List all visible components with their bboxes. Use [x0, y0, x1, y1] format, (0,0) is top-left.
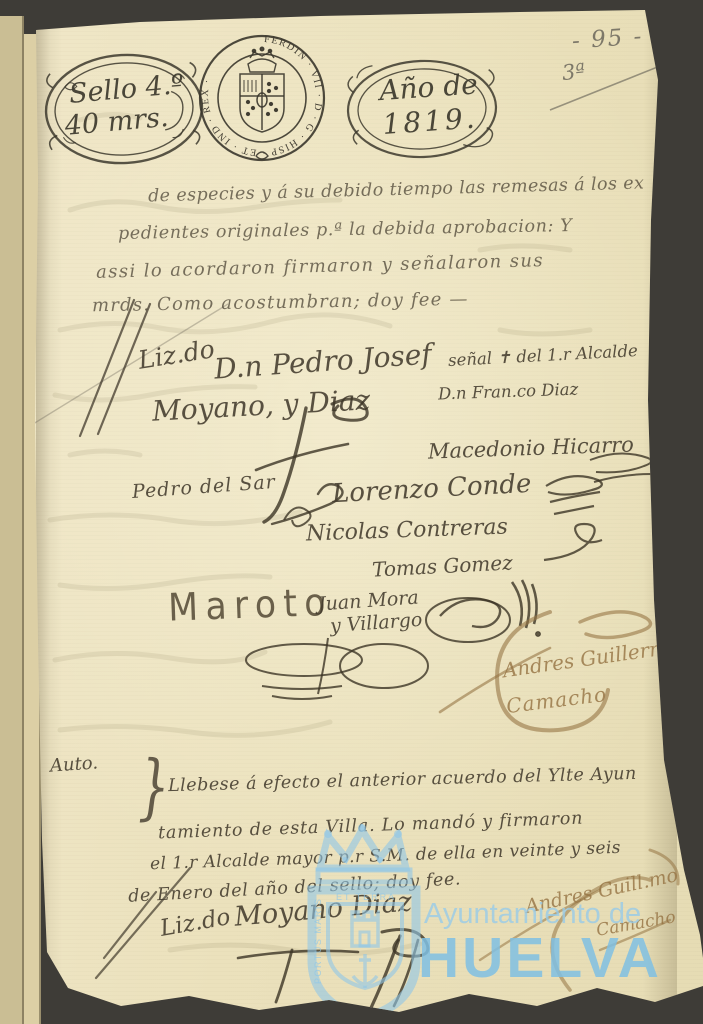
paragraph-brace: }	[138, 751, 170, 822]
manuscript-page: Sello 4.º 40 mrs. FERDIN · VII · D · G ·…	[0, 0, 703, 1024]
pencil-stroke	[548, 54, 668, 114]
royal-seal: FERDIN · VII · D · G · HISP · ET · IND ·…	[198, 28, 326, 168]
shield-motto-top: ET TERRA	[336, 892, 396, 902]
year-stamp: Año de 1819.	[342, 53, 502, 164]
royal-coat-of-arms: FERDIN · VII · D · G · HISP · ET · IND ·…	[198, 28, 326, 168]
watermark-text-line2: HUELVA	[418, 930, 662, 987]
rubric-flourish	[232, 634, 432, 704]
pencil-page-number: - 95 -	[571, 26, 644, 54]
year-text-line2: 1819.	[382, 104, 479, 139]
year-text-line1: Año de	[378, 70, 478, 105]
archive-watermark: ET TERRA PORTUS MARIS Ayuntamiento de HU…	[290, 824, 690, 1024]
tax-stamp-sello: Sello 4.º 40 mrs.	[39, 46, 209, 172]
signature-maroto-block: Maroto	[167, 583, 333, 627]
shield-motto-left: PORTUS MARIS	[313, 898, 323, 984]
underlying-page-edge	[0, 16, 24, 1024]
scanned-manuscript: Sello 4.º 40 mrs. FERDIN · VII · D · G ·…	[0, 0, 703, 1024]
huelva-shield-watermark: ET TERRA PORTUS MARIS	[290, 824, 440, 1024]
margin-note-auto: Auto.	[49, 754, 98, 775]
rubric-flourish	[534, 500, 604, 570]
watermark-text-line1: Ayuntamiento de	[424, 900, 641, 929]
